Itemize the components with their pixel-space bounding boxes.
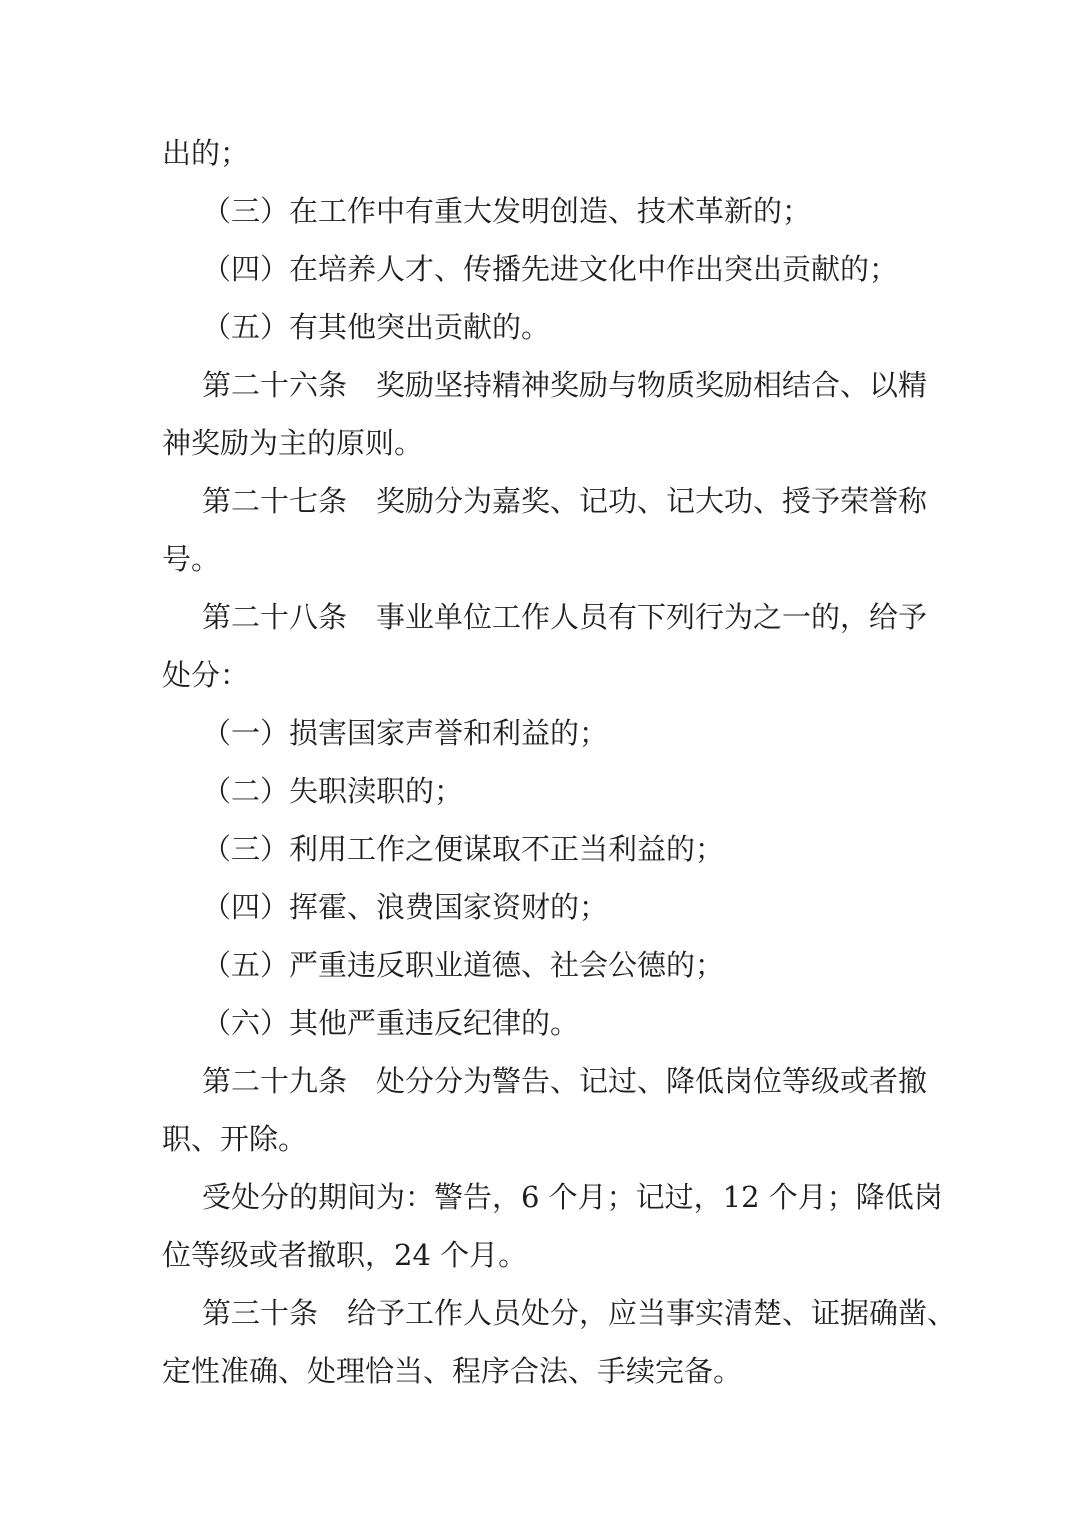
paragraph: （三）在工作中有重大发明创造、技术革新的；	[162, 182, 992, 240]
paragraph: 第二十九条 处分分为警告、记过、降低岗位等级或者撤职、开除。	[162, 1052, 992, 1168]
text-line: （五）有其他突出贡献的。	[162, 298, 992, 356]
text-line: 第二十八条 事业单位工作人员有下列行为之一的，给予	[162, 588, 992, 646]
text-line: 受处分的期间为：警告，6 个月；记过，12 个月；降低岗	[162, 1168, 992, 1226]
text-line: 第二十九条 处分分为警告、记过、降低岗位等级或者撤	[162, 1052, 992, 1110]
text-line: 位等级或者撤职，24 个月。	[162, 1226, 992, 1284]
document-body: 出的；（三）在工作中有重大发明创造、技术革新的；（四）在培养人才、传播先进文化中…	[162, 124, 992, 1400]
paragraph: （四）在培养人才、传播先进文化中作出突出贡献的；	[162, 240, 992, 298]
paragraph: （三）利用工作之便谋取不正当利益的；	[162, 820, 992, 878]
paragraph: （一）损害国家声誉和利益的；	[162, 704, 992, 762]
text-line: （一）损害国家声誉和利益的；	[162, 704, 992, 762]
paragraph: （二）失职渎职的；	[162, 762, 992, 820]
text-line: 第三十条 给予工作人员处分，应当事实清楚、证据确凿、	[162, 1284, 992, 1342]
text-line: （三）在工作中有重大发明创造、技术革新的；	[162, 182, 992, 240]
text-line: （三）利用工作之便谋取不正当利益的；	[162, 820, 992, 878]
paragraph: （五）严重违反职业道德、社会公德的；	[162, 936, 992, 994]
text-line: （四）在培养人才、传播先进文化中作出突出贡献的；	[162, 240, 992, 298]
paragraph: （四）挥霍、浪费国家资财的；	[162, 878, 992, 936]
text-line: 第二十七条 奖励分为嘉奖、记功、记大功、授予荣誉称	[162, 472, 992, 530]
text-line: 第二十六条 奖励坚持精神奖励与物质奖励相结合、以精	[162, 356, 992, 414]
paragraph: 第三十条 给予工作人员处分，应当事实清楚、证据确凿、定性准确、处理恰当、程序合法…	[162, 1284, 992, 1400]
paragraph: 第二十八条 事业单位工作人员有下列行为之一的，给予处分：	[162, 588, 992, 704]
text-line: （五）严重违反职业道德、社会公德的；	[162, 936, 992, 994]
text-line: （四）挥霍、浪费国家资财的；	[162, 878, 992, 936]
paragraph: 出的；	[162, 124, 992, 182]
paragraph: （六）其他严重违反纪律的。	[162, 994, 992, 1052]
text-line: 出的；	[162, 124, 992, 182]
text-line: 号。	[162, 530, 992, 588]
text-line: 神奖励为主的原则。	[162, 414, 992, 472]
paragraph: （五）有其他突出贡献的。	[162, 298, 992, 356]
paragraph: 第二十六条 奖励坚持精神奖励与物质奖励相结合、以精神奖励为主的原则。	[162, 356, 992, 472]
text-line: （二）失职渎职的；	[162, 762, 992, 820]
paragraph: 第二十七条 奖励分为嘉奖、记功、记大功、授予荣誉称号。	[162, 472, 992, 588]
paragraph: 受处分的期间为：警告，6 个月；记过，12 个月；降低岗位等级或者撤职，24 个…	[162, 1168, 992, 1284]
text-line: 职、开除。	[162, 1110, 992, 1168]
text-line: 处分：	[162, 646, 992, 704]
text-line: （六）其他严重违反纪律的。	[162, 994, 992, 1052]
text-line: 定性准确、处理恰当、程序合法、手续完备。	[162, 1342, 992, 1400]
document-page: 出的；（三）在工作中有重大发明创造、技术革新的；（四）在培养人才、传播先进文化中…	[0, 0, 1074, 1520]
